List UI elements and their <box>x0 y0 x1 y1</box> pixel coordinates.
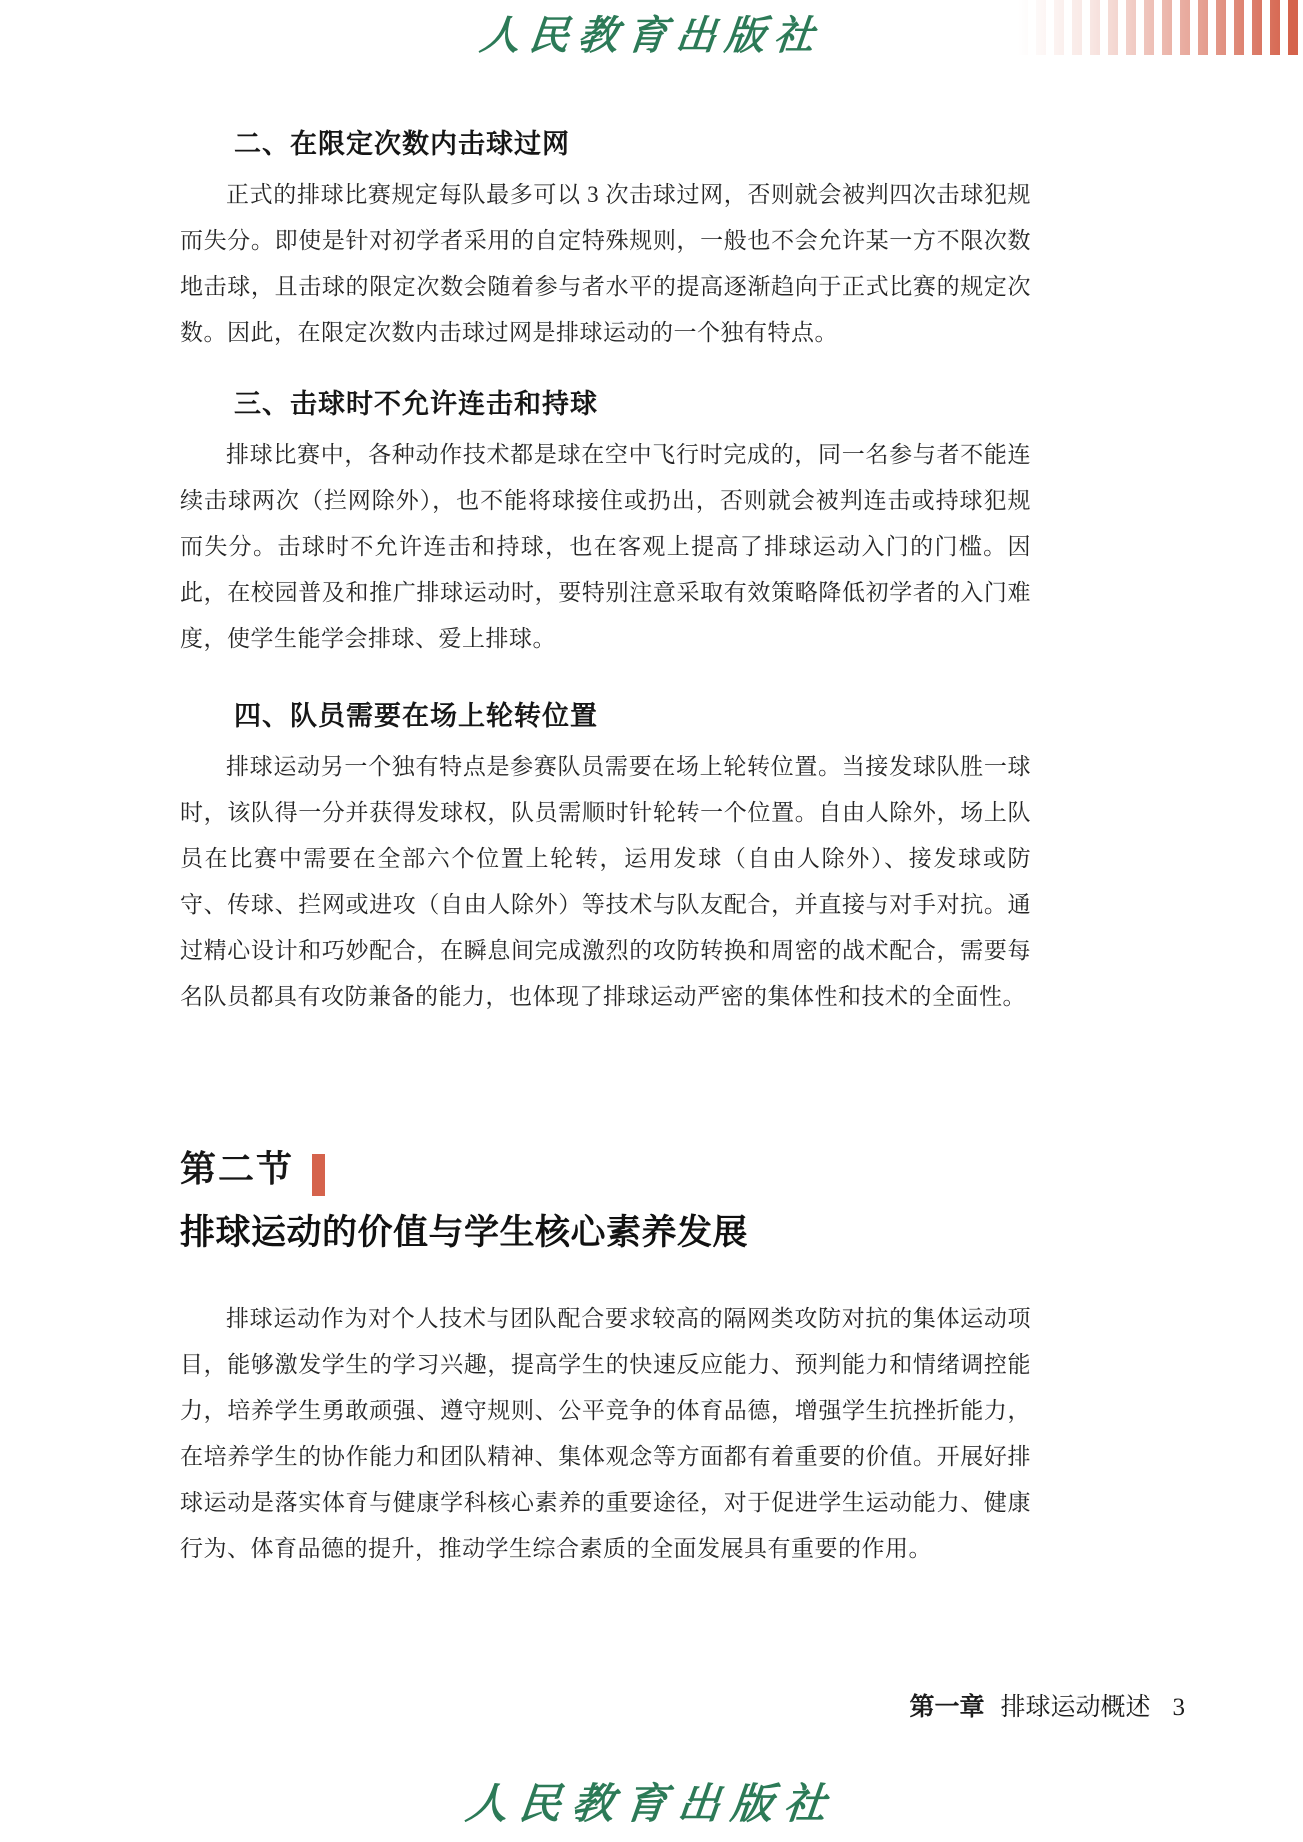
feature-heading-4: 四、队员需要在场上轮转位置 <box>180 698 1031 734</box>
feature-heading-2: 二、在限定次数内击球过网 <box>180 126 1031 162</box>
textbook-page: 人民教育出版社 二、在限定次数内击球过网 正式的排球比赛规定每队最多可以 3 次… <box>0 0 1303 1842</box>
feature-paragraph-3: 排球比赛中，各种动作技术都是球在空中飞行时完成的，同一名参与者不能连续击球两次（… <box>180 432 1031 662</box>
section-paragraph: 排球运动作为对个人技术与团队配合要求较高的隔网类攻防对抗的集体运动项目，能够激发… <box>180 1296 1031 1572</box>
footer-page-number: 3 <box>1173 1694 1186 1721</box>
publisher-logo-bottom: 人民教育出版社 <box>0 1779 1303 1829</box>
page-content: 二、在限定次数内击球过网 正式的排球比赛规定每队最多可以 3 次击球过网，否则就… <box>180 0 1031 1572</box>
page-footer: 第一章排球运动概述3 <box>909 1692 1185 1724</box>
feature-paragraph-4: 排球运动另一个独有特点是参赛队员需要在场上轮转位置。当接发球队胜一球时，该队得一… <box>180 744 1031 1020</box>
section-title: 排球运动的价值与学生核心素养发展 <box>180 1208 1031 1258</box>
decorative-bars-icon <box>1018 0 1303 55</box>
feature-paragraph-2: 正式的排球比赛规定每队最多可以 3 次击球过网，否则就会被判四次击球犯规而失分。… <box>180 172 1031 356</box>
section-kicker-row: 第二节 <box>180 1146 1031 1200</box>
footer-chapter-label: 第一章 <box>909 1694 984 1721</box>
red-accent-bar <box>312 1154 325 1196</box>
section-number: 第二节 <box>180 1149 294 1189</box>
feature-heading-3: 三、击球时不允许连击和持球 <box>180 386 1031 422</box>
footer-chapter-title: 排球运动概述 <box>1000 1694 1150 1721</box>
